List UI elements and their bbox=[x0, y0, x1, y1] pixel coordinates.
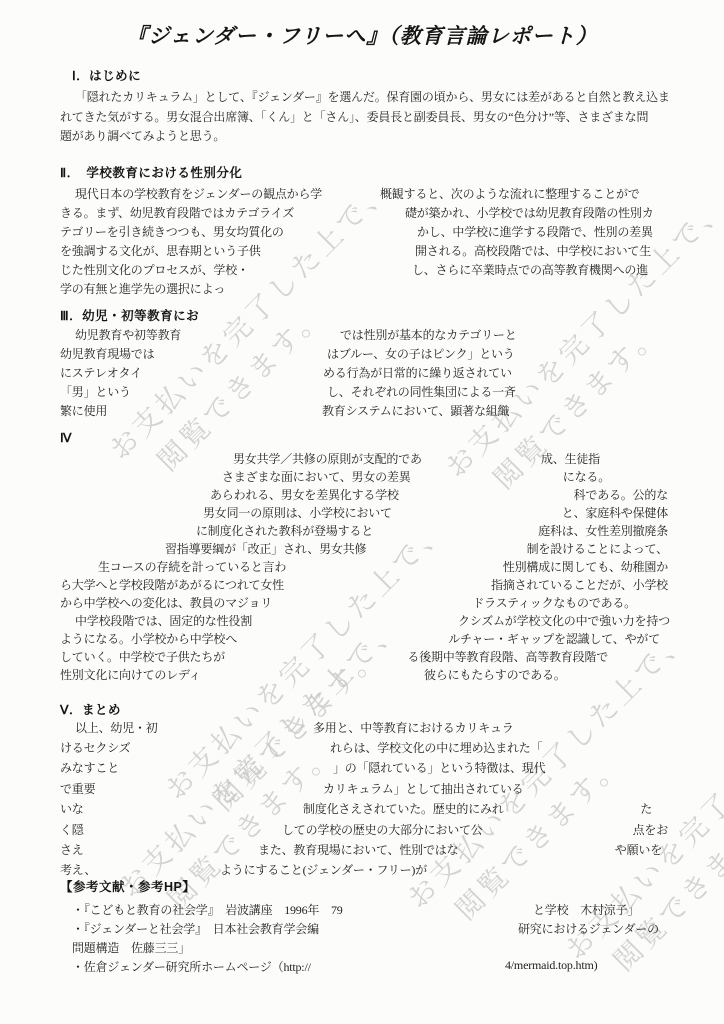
text-fragment: める行為が日常的に繰り返されてい bbox=[323, 364, 512, 381]
text-fragment: ようになる。小学校から中学校へ bbox=[60, 630, 237, 647]
page-title: 『ジェンダー・フリーへ』（教育言論レポート） bbox=[0, 20, 724, 50]
text-fragment: 点をお bbox=[633, 821, 668, 838]
text-fragment: 「隠れたカリキュラム」として、『ジェンダー』を選んだ。保育園の頃から、男女には差… bbox=[75, 88, 670, 105]
text-fragment: で重要 bbox=[60, 780, 95, 797]
text-fragment: 開される。高校段階では、中学校において生 bbox=[415, 242, 651, 259]
text-fragment: 生コースの存続を計っていると言わ bbox=[98, 558, 286, 575]
text-fragment: はブルー、女の子はピンク」という bbox=[327, 345, 515, 362]
section-heading-5: Ⅴ．まとめ bbox=[60, 700, 121, 718]
text-fragment: 庭科は、女性差別撤廃条 bbox=[538, 522, 668, 539]
text-fragment: し、それぞれの同性集団による一斉 bbox=[327, 383, 516, 400]
text-fragment: から中学校への変化は、教員のマジョリ bbox=[60, 594, 272, 611]
text-fragment: じた性別文化のプロセスが、学校・ bbox=[60, 261, 249, 278]
text-fragment: けるセクシズ bbox=[60, 739, 130, 756]
text-fragment: さえ bbox=[60, 841, 84, 858]
text-fragment: 習指導要綱が「改正」され、男女共修 bbox=[165, 540, 366, 557]
text-fragment: 幼児教育現場では bbox=[60, 345, 154, 362]
text-fragment: を強調する文化が、思春期という子供 bbox=[60, 242, 261, 259]
text-fragment: していく。中学校で子供たちが bbox=[60, 648, 225, 665]
text-fragment: と、家庭科や保健体 bbox=[562, 504, 668, 521]
text-fragment: いな bbox=[60, 800, 84, 817]
text-fragment: ルチャー・ギャップを認識して、やがて bbox=[448, 630, 660, 647]
text-fragment: カリキュラム」として抽出されている bbox=[323, 780, 523, 797]
text-fragment: では性別が基本的なカテゴリーと bbox=[340, 326, 517, 343]
text-fragment: しての学校の歴史の大部分において公 bbox=[282, 821, 483, 838]
text-fragment: た bbox=[640, 800, 652, 817]
text-fragment: になる。 bbox=[563, 468, 610, 485]
section-heading-4: Ⅳ bbox=[60, 430, 72, 445]
section-heading-1: Ⅰ．はじめに bbox=[72, 66, 141, 84]
text-fragment: 題があり調べてみようと思う。 bbox=[60, 127, 225, 144]
text-fragment: 男女同一の原則は、小学校において bbox=[203, 504, 392, 521]
text-fragment: 制を設けることによって、 bbox=[527, 540, 668, 557]
text-fragment: ようにすること(ジェンダー・フリー)が bbox=[220, 861, 427, 878]
text-fragment: ら大学へと学校段階があがるにつれて女性 bbox=[60, 576, 284, 593]
text-fragment: 4/mermaid.top.htm) bbox=[505, 958, 597, 973]
text-fragment: に制度化された教科が登場すると bbox=[196, 522, 373, 539]
text-fragment: また、教育現場において、性別ではな bbox=[258, 841, 458, 858]
text-fragment: 教育システムにおいて、顕著な組織 bbox=[322, 402, 509, 419]
text-fragment: 概観すると、次のような流れに整理することがで bbox=[380, 185, 640, 202]
text-fragment: れらは、学校文化の中に埋め込まれた「 bbox=[330, 739, 542, 756]
text-fragment: 性別文化に向けてのレディ bbox=[60, 666, 201, 683]
text-fragment: や願いを bbox=[615, 841, 662, 858]
text-fragment: 現代日本の学校教育をジェンダーの観点から学 bbox=[75, 185, 322, 202]
text-fragment: 問題構造 佐藤三三」 bbox=[72, 939, 190, 956]
text-fragment: れてきた気がする。男女混合出席簿、「くん」と「さん」、委員長と副委員長、男女の“… bbox=[60, 108, 648, 125]
document-page: お支払いを完了した上で、閲覧できます。お支払いを完了した上で、閲覧できます。お支… bbox=[0, 0, 724, 1024]
document-content: 『ジェンダー・フリーへ』（教育言論レポート） Ⅰ．はじめに「隠れたカリキュラム」… bbox=[0, 0, 724, 1024]
text-fragment: 多用と、中等教育におけるカリキュラ bbox=[313, 719, 514, 736]
section-heading-6: 【参考文献・参考HP】 bbox=[60, 877, 195, 895]
section-heading-2: Ⅱ． 学校教育における性別分化 bbox=[60, 163, 242, 181]
text-fragment: 幼児教育や初等教育 bbox=[75, 326, 181, 343]
text-fragment: 研究におけるジェンダーの bbox=[518, 920, 659, 937]
text-fragment: 男女共学／共修の原則が支配的であ bbox=[233, 450, 422, 467]
text-fragment: 彼らにもたらすのである。 bbox=[424, 666, 566, 683]
section-heading-3: Ⅲ．幼児・初等教育にお bbox=[60, 306, 199, 324]
text-fragment: 性別構成に関しても、幼稚園か bbox=[503, 558, 668, 575]
text-fragment: あらわれる、男女を差異化する学校 bbox=[210, 486, 399, 503]
text-fragment: ・『こどもと教育の社会学』 岩波講座 1996年 79 bbox=[72, 901, 343, 918]
text-fragment: きる。まず、幼児教育段階ではカテゴライズ bbox=[60, 204, 294, 221]
text-fragment: にステレオタイ bbox=[60, 364, 142, 381]
text-fragment: かし、中学校に進学する段階で、性別の差異 bbox=[417, 223, 653, 240]
text-fragment: と学校 木村涼子」 bbox=[533, 901, 639, 918]
text-fragment: 成、生徒指 bbox=[541, 450, 600, 467]
text-fragment: みなすこと bbox=[60, 759, 119, 776]
text-fragment: る後期中等教育段階、高等教育段階で bbox=[407, 648, 608, 665]
text-fragment: ・佐倉ジェンダー研究所ホームページ（http:// bbox=[72, 958, 311, 975]
text-fragment: ドラスティックなものである。 bbox=[472, 594, 636, 611]
text-fragment: クシズムが学校文化の中で強い力を持つ bbox=[458, 612, 670, 629]
text-fragment: 制度化さえされていた。歴史的にみれ bbox=[303, 800, 504, 817]
text-fragment: テゴリーを引き続きつつも、男女均質化の bbox=[60, 223, 284, 240]
text-fragment: 科である。公的な bbox=[574, 486, 668, 503]
text-fragment: 」の「隠れている」という特徴は、現代 bbox=[333, 759, 545, 776]
text-fragment: し、さらに卒業時点での高等教育機関への進 bbox=[412, 261, 648, 278]
text-fragment: 指摘されていることだが、小学校 bbox=[491, 576, 668, 593]
text-fragment: 考え、 bbox=[60, 861, 96, 878]
text-fragment: 「男」という bbox=[60, 383, 131, 400]
text-fragment: 繁に使用 bbox=[60, 402, 107, 419]
text-fragment: 以上、幼児・初 bbox=[75, 719, 158, 736]
text-fragment: 礎が築かれ、小学校では幼児教育段階の性別カ bbox=[405, 204, 654, 221]
text-fragment: く隠 bbox=[60, 821, 84, 838]
text-fragment: ・『ジェンダーと社会学』 日本社会教育学会編 bbox=[72, 920, 319, 937]
text-fragment: さまざまな面において、男女の差異 bbox=[222, 468, 411, 485]
text-fragment: 中学校段階では、固定的な性役割 bbox=[75, 612, 252, 629]
text-fragment: 学の有無と進学先の選択によっ bbox=[60, 280, 225, 297]
